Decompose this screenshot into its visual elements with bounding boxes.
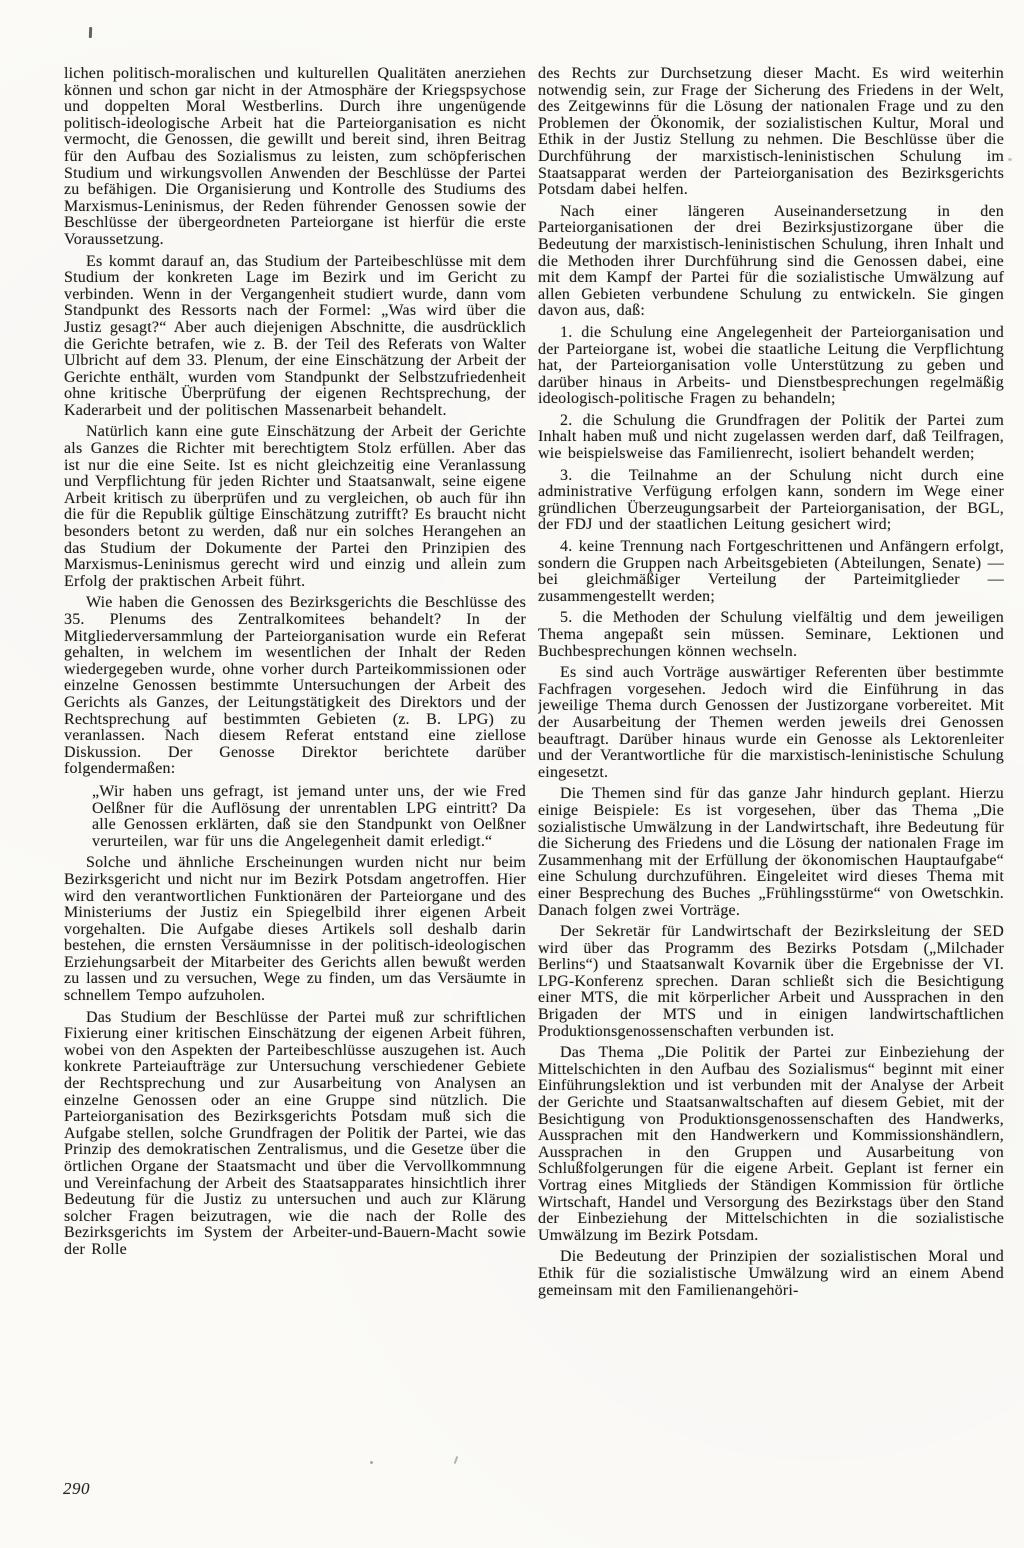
- paragraph: Es kommt darauf an, das Studium der Part…: [64, 254, 526, 420]
- paragraph: des Rechts zur Durchsetzung dieser Macht…: [538, 66, 1004, 199]
- list-item-3: 3. die Teilnahme an der Schulung nicht d…: [538, 468, 1004, 534]
- paragraph: Das Studium der Beschlüsse der Partei mu…: [64, 1010, 526, 1259]
- paragraph: Der Sekretär für Landwirtschaft der Bezi…: [538, 924, 1004, 1040]
- paragraph: Das Thema „Die Politik der Partei zur Ei…: [538, 1045, 1004, 1244]
- scan-speck: [370, 1461, 373, 1464]
- list-item-5: 5. die Methoden der Schulung vielfältig …: [538, 610, 1004, 660]
- scanned-page: lichen politisch-moralischen und kulture…: [0, 0, 1024, 1548]
- paragraph: Natürlich kann eine gute Einschätzung de…: [64, 424, 526, 590]
- paragraph: Die Themen sind für das ganze Jahr hindu…: [538, 786, 1004, 919]
- text-column-right: des Rechts zur Durchsetzung dieser Macht…: [538, 66, 1004, 1476]
- list-item-4: 4. keine Trennung nach Fortgeschrittenen…: [538, 539, 1004, 605]
- paragraph: lichen politisch-moralischen und kulture…: [64, 66, 526, 249]
- list-item-2: 2. die Schulung die Grundfragen der Poli…: [538, 413, 1004, 463]
- paragraph: Es sind auch Vorträge auswärtiger Refere…: [538, 665, 1004, 781]
- text-column-left: lichen politisch-moralischen und kulture…: [64, 66, 526, 1458]
- list-item-1: 1. die Schulung eine Angelegenheit der P…: [538, 325, 1004, 408]
- paragraph: Die Bedeutung der Prinzipien der soziali…: [538, 1249, 1004, 1299]
- scan-speck: [1008, 158, 1012, 161]
- scan-speck: [89, 27, 92, 38]
- paragraph: Solche und ähnliche Erscheinungen wurden…: [64, 855, 526, 1004]
- block-quote: „Wir haben uns gefragt, ist jemand unter…: [92, 784, 526, 850]
- page-number: 290: [63, 1479, 90, 1499]
- paragraph: Wie haben die Genossen des Bezirksgerich…: [64, 595, 526, 778]
- paragraph: Nach einer längeren Auseinandersetzung i…: [538, 204, 1004, 320]
